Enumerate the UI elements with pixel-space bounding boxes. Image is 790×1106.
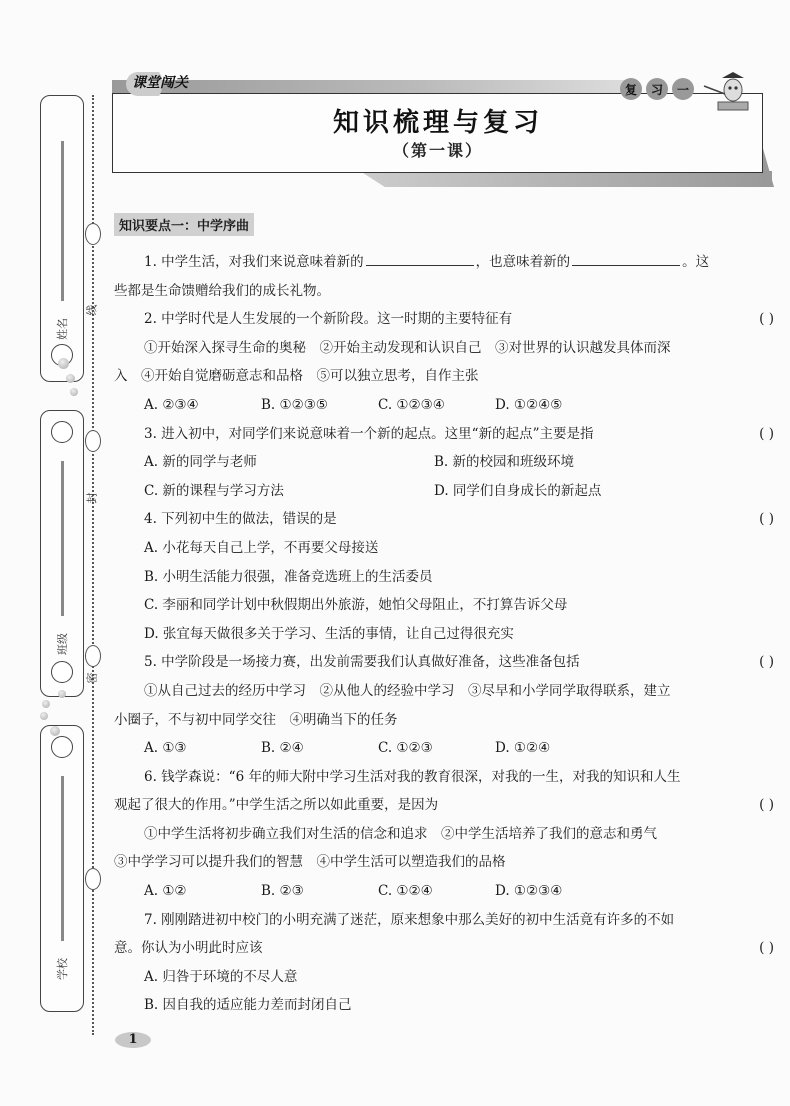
q3-options: C. 新的课程与学习方法 D. 同学们自身成长的新起点 [114, 477, 774, 506]
q4-stem: 4. 下列初中生的做法，错误的是 [144, 511, 337, 527]
review-badge: 复 习 一 [620, 78, 694, 100]
class-field-rule[interactable] [61, 461, 64, 616]
q2-options: A. ②③④ B. ①②③⑤ C. ①②③④ D. ①②④⑤ [114, 391, 774, 420]
badge-char: 复 [620, 78, 642, 100]
logo: 课堂闯关 [126, 72, 194, 96]
cut-hole-icon [85, 223, 101, 245]
header-shadow [360, 171, 772, 187]
option-b[interactable]: B. 小明生活能力很强，准备竞选班上的生活委员 [114, 563, 774, 592]
q6-items: ③中学学习可以提升我们的智慧 ④中学生活可以塑造我们的品格 [114, 848, 774, 877]
q6-stem-line-2: 观起了很大的作用。”中学生活之所以如此重要，是因为 ( ) [114, 791, 774, 820]
question-5: 5. 中学阶段是一场接力赛，出发前需要我们认真做好准备，这些准备包括 ( ) [114, 648, 774, 677]
option-c[interactable]: C. ①②④ [378, 877, 495, 906]
bead-icon [42, 700, 50, 708]
cut-hole-icon [85, 430, 101, 452]
option-d[interactable]: D. 同学们自身成长的新起点 [434, 477, 724, 506]
name-field-box: 姓名 [40, 95, 84, 382]
q1-blank-1[interactable] [366, 249, 474, 266]
badge-char: 习 [646, 78, 668, 100]
q5-items: 小圈子，不与初中同学交往 ④明确当下的任务 [114, 706, 774, 735]
option-d[interactable]: D. 张宜每天做很多关于学习、生活的事情，让自己过得很充实 [114, 620, 774, 649]
q1-line-2: 些都是生命馈赠给我们的成长礼物。 [114, 277, 774, 306]
q1-blank-2[interactable] [572, 249, 680, 266]
section-heading: 知识要点一：中学序曲 [114, 213, 254, 236]
option-b[interactable]: B. ①②③⑤ [261, 391, 378, 420]
question-list: 1. 中学生活，对我们来说意味着新的，也意味着新的。这 些都是生命馈赠给我们的成… [114, 248, 774, 1020]
cut-mark-line: 线 [84, 305, 100, 316]
page-title: 知识梳理与复习 [112, 102, 764, 139]
cut-mark-secret: 密 [84, 673, 100, 684]
q1-text: 。这 [682, 254, 709, 270]
bead-icon [40, 712, 48, 720]
page-subtitle: （第一课） [112, 138, 764, 161]
option-c[interactable]: C. ①②③④ [378, 391, 495, 420]
option-c[interactable]: C. ①②③ [378, 734, 495, 763]
option-a[interactable]: A. ①③ [144, 734, 261, 763]
name-field-label: 姓名 [54, 318, 70, 340]
q7-stem-line-2: 意。你认为小明此时应该 ( ) [114, 934, 774, 963]
bead-icon [66, 374, 75, 383]
question-2: 2. 中学时代是人生发展的一个新阶段。这一时期的主要特征有 ( ) [114, 305, 774, 334]
q7-stem: 意。你认为小明此时应该 [114, 940, 263, 956]
answer-bracket[interactable]: ( ) [759, 648, 774, 677]
option-d[interactable]: D. ①②④ [495, 734, 612, 763]
option-d[interactable]: D. ①②④⑤ [495, 391, 612, 420]
option-d[interactable]: D. ①②③④ [495, 877, 612, 906]
class-field-box: 班级 [40, 410, 84, 697]
cut-hole-icon [85, 868, 101, 890]
answer-bracket[interactable]: ( ) [759, 791, 774, 820]
binding-ring-icon [51, 661, 73, 683]
q5-options: A. ①③ B. ②④ C. ①②③ D. ①②④ [114, 734, 774, 763]
q2-stem: 2. 中学时代是人生发展的一个新阶段。这一时期的主要特征有 [144, 311, 512, 327]
bead-icon [58, 690, 66, 698]
q1-text: ，也意味着新的 [476, 254, 571, 270]
q2-items: 入 ④开始自觉磨砺意志和品格 ⑤可以独立思考，自作主张 [114, 362, 774, 391]
answer-bracket[interactable]: ( ) [759, 420, 774, 449]
option-a[interactable]: A. ①② [144, 877, 261, 906]
option-b[interactable]: B. 因自我的适应能力差而封闭自己 [114, 991, 774, 1020]
school-field-rule[interactable] [61, 776, 64, 941]
bead-icon [58, 358, 69, 369]
option-b[interactable]: B. 新的校园和班级环境 [434, 448, 724, 477]
option-a[interactable]: A. 小花每天自己上学，不再要父母接送 [114, 534, 774, 563]
school-field-box: 学校 [40, 725, 84, 1012]
answer-bracket[interactable]: ( ) [759, 505, 774, 534]
q6-items: ①中学生活将初步确立我们对生活的信念和追求 ②中学生活培养了我们的意志和勇气 [114, 820, 774, 849]
binding-ring-icon [51, 421, 73, 443]
class-field-label: 班级 [54, 633, 70, 655]
q5-stem: 5. 中学阶段是一场接力赛，出发前需要我们认真做好准备，这些准备包括 [144, 654, 580, 670]
bead-icon [50, 726, 60, 736]
option-a[interactable]: A. ②③④ [144, 391, 261, 420]
option-a[interactable]: A. 归咎于环境的不尽人意 [114, 963, 774, 992]
option-c[interactable]: C. 新的课程与学习方法 [144, 477, 434, 506]
teacher-mascot-icon [700, 68, 750, 112]
q5-items: ①从自己过去的经历中学习 ②从他人的经验中学习 ③尽早和小学同学取得联系，建立 [114, 677, 774, 706]
q6-options: A. ①② B. ②③ C. ①②④ D. ①②③④ [114, 877, 774, 906]
option-b[interactable]: B. ②③ [261, 877, 378, 906]
q6-stem: 观起了很大的作用。”中学生活之所以如此重要，是因为 [114, 797, 438, 813]
q3-options: A. 新的同学与老师 B. 新的校园和班级环境 [114, 448, 774, 477]
question-4: 4. 下列初中生的做法，错误的是 ( ) [114, 505, 774, 534]
q2-items: ①开始深入探寻生命的奥秘 ②开始主动发现和认识自己 ③对世界的认识越发具体而深 [114, 334, 774, 363]
badge-char: 一 [672, 78, 694, 100]
school-field-label: 学校 [54, 958, 70, 980]
name-field-rule[interactable] [61, 141, 64, 301]
cut-hole-icon [85, 645, 101, 667]
q3-stem: 3. 进入初中，对同学们来说意味着一个新的起点。这里“新的起点”主要是指 [144, 426, 593, 442]
cut-mark-seal: 封 [84, 493, 100, 504]
question-7: 7. 刚刚踏进初中校门的小明充满了迷茫，原来想象中那么美好的初中生活竟有许多的不… [114, 906, 774, 935]
binding-ring-icon [51, 736, 73, 758]
bead-icon [70, 388, 78, 396]
question-3: 3. 进入初中，对同学们来说意味着一个新的起点。这里“新的起点”主要是指 ( ) [114, 420, 774, 449]
answer-bracket[interactable]: ( ) [759, 934, 774, 963]
option-a[interactable]: A. 新的同学与老师 [144, 448, 434, 477]
page-number: 1 [115, 1032, 151, 1048]
option-c[interactable]: C. 李丽和同学计划中秋假期出外旅游，她怕父母阻止，不打算告诉父母 [114, 591, 774, 620]
question-1: 1. 中学生活，对我们来说意味着新的，也意味着新的。这 [114, 248, 774, 277]
q1-text: 1. 中学生活，对我们来说意味着新的 [144, 254, 364, 270]
option-b[interactable]: B. ②④ [261, 734, 378, 763]
answer-bracket[interactable]: ( ) [759, 305, 774, 334]
question-6: 6. 钱学森说：“6 年的师大附中学习生活对我的教育很深，对我的一生，对我的知识… [114, 763, 774, 792]
